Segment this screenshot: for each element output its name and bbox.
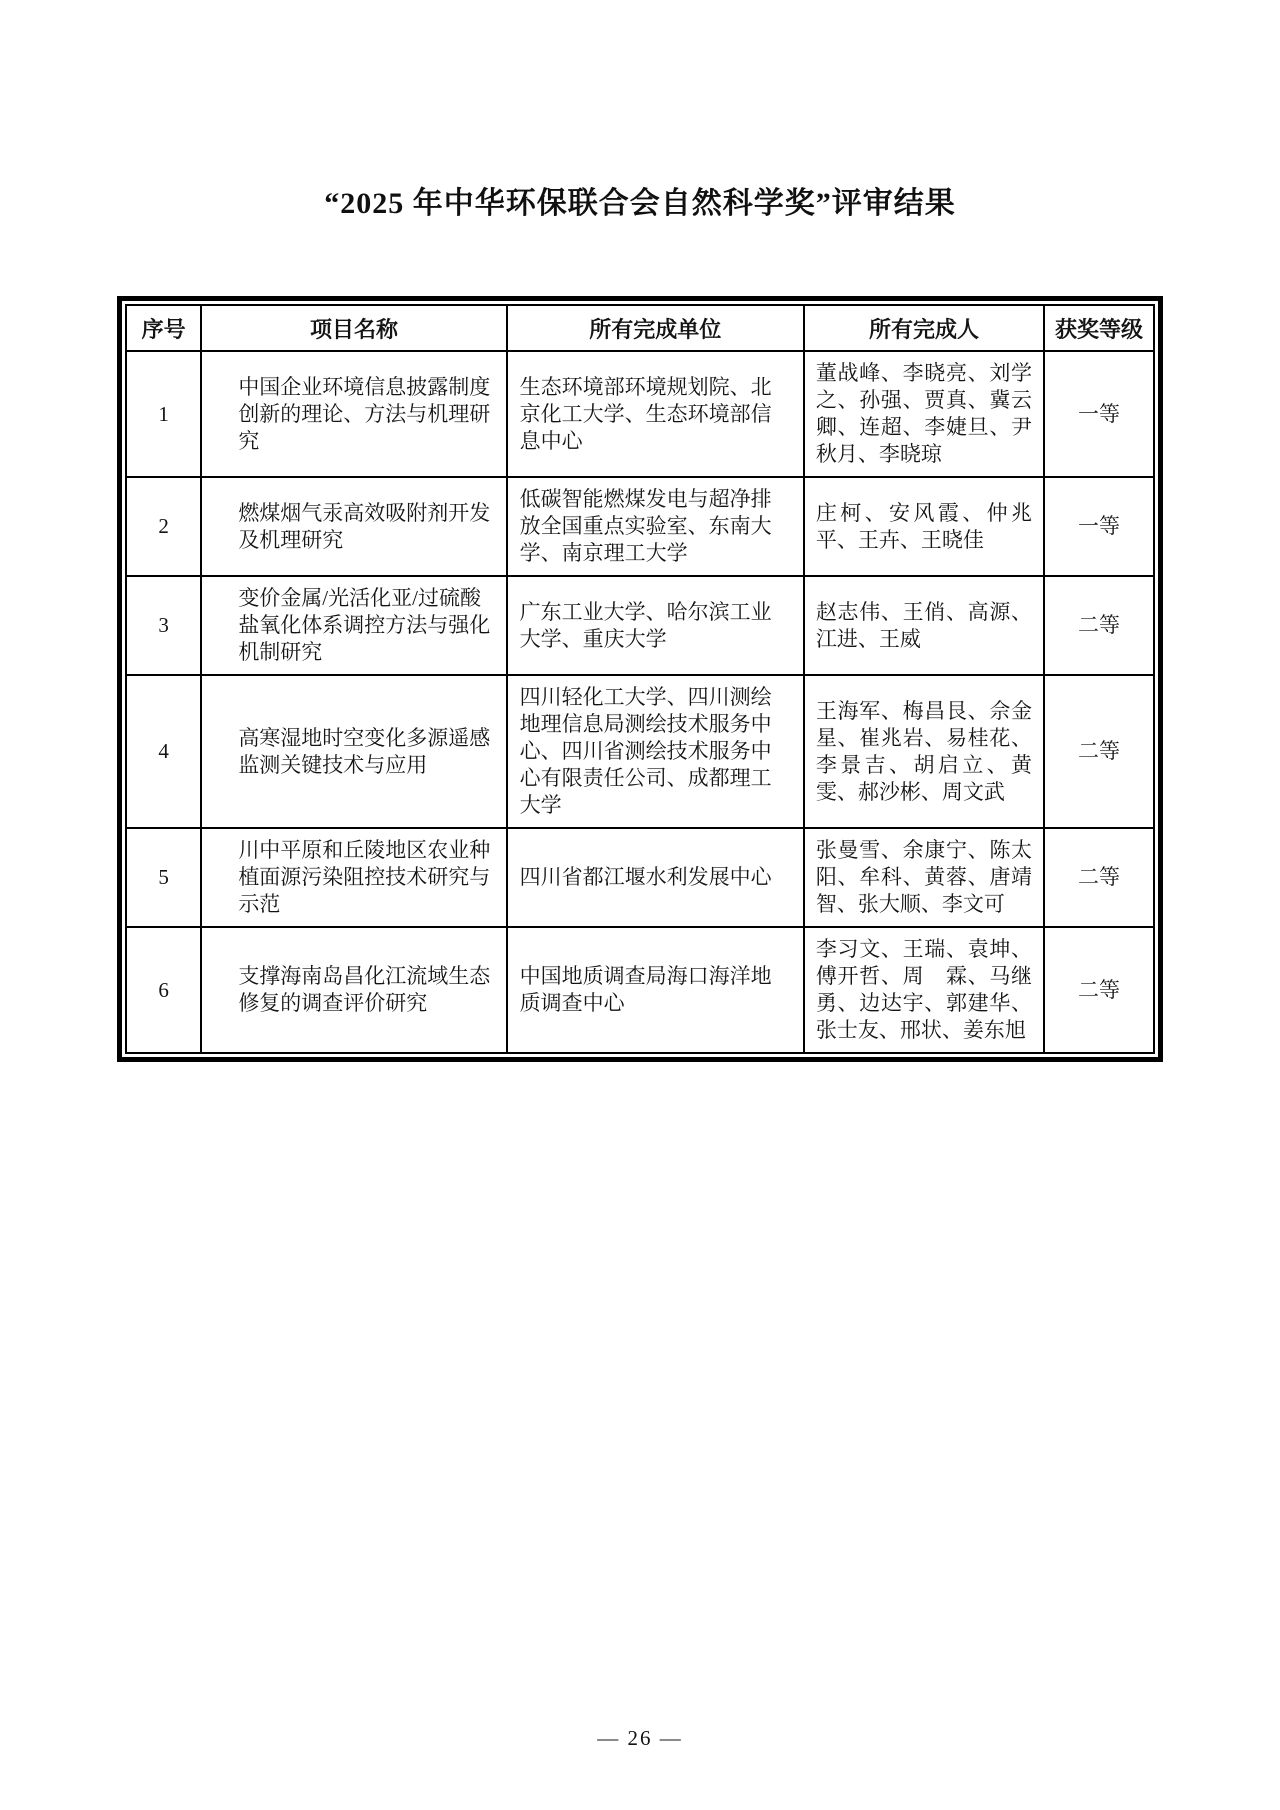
- table-row: 3 变价金属/光活化亚/过硫酸盐氧化体系调控方法与强化机制研究 广东工业大学、哈…: [126, 576, 1154, 675]
- table-row: 6 支撑海南岛昌化江流域生态修复的调查评价研究 中国地质调查局海口海洋地质调查中…: [126, 927, 1154, 1053]
- results-table-frame: 序号 项目名称 所有完成单位 所有完成人 获奖等级 1 中国企业环境信息披露制度…: [117, 296, 1163, 1062]
- cell-award: 二等: [1044, 576, 1154, 675]
- cell-project: 变价金属/光活化亚/过硫酸盐氧化体系调控方法与强化机制研究: [201, 576, 506, 675]
- cell-people: 张曼雪、余康宁、陈太阳、牟科、黄蓉、唐靖智、张大顺、李文可: [804, 828, 1044, 927]
- table-row: 1 中国企业环境信息披露制度创新的理论、方法与机理研究 生态环境部环境规划院、北…: [126, 351, 1154, 477]
- cell-units: 广东工业大学、哈尔滨工业大学、重庆大学: [507, 576, 804, 675]
- page-number: — 26 —: [0, 1726, 1280, 1751]
- document-page: “2025 年中华环保联合会自然科学奖”评审结果 序号 项目名称 所有完成单位 …: [0, 0, 1280, 1062]
- table-row: 5 川中平原和丘陵地区农业种植面源污染阻控技术研究与示范 四川省都江堰水利发展中…: [126, 828, 1154, 927]
- header-people: 所有完成人: [804, 305, 1044, 351]
- cell-seq-no: 6: [126, 927, 201, 1053]
- cell-seq-no: 3: [126, 576, 201, 675]
- table-row: 2 燃煤烟气汞高效吸附剂开发及机理研究 低碳智能燃煤发电与超净排放全国重点实验室…: [126, 477, 1154, 576]
- table-row: 4 高寒湿地时空变化多源遥感监测关键技术与应用 四川轻化工大学、四川测绘地理信息…: [126, 675, 1154, 828]
- cell-seq-no: 4: [126, 675, 201, 828]
- cell-seq-no: 5: [126, 828, 201, 927]
- cell-units: 生态环境部环境规划院、北京化工大学、生态环境部信息中心: [507, 351, 804, 477]
- cell-project: 燃煤烟气汞高效吸附剂开发及机理研究: [201, 477, 506, 576]
- cell-people: 王海军、梅昌艮、佘金星、崔兆岩、易桂花、李景吉、胡启立、黄雯、郝沙彬、周文武: [804, 675, 1044, 828]
- page-title: “2025 年中华环保联合会自然科学奖”评审结果: [0, 0, 1280, 222]
- cell-project: 川中平原和丘陵地区农业种植面源污染阻控技术研究与示范: [201, 828, 506, 927]
- cell-units: 中国地质调查局海口海洋地质调查中心: [507, 927, 804, 1053]
- cell-units: 四川省都江堰水利发展中心: [507, 828, 804, 927]
- cell-seq-no: 1: [126, 351, 201, 477]
- header-row: 序号 项目名称 所有完成单位 所有完成人 获奖等级: [126, 305, 1154, 351]
- header-seq-no: 序号: [126, 305, 201, 351]
- cell-award: 二等: [1044, 828, 1154, 927]
- cell-seq-no: 2: [126, 477, 201, 576]
- cell-project: 支撑海南岛昌化江流域生态修复的调查评价研究: [201, 927, 506, 1053]
- cell-award: 二等: [1044, 675, 1154, 828]
- cell-people: 赵志伟、王俏、高源、江进、王威: [804, 576, 1044, 675]
- cell-units: 四川轻化工大学、四川测绘地理信息局测绘技术服务中心、四川省测绘技术服务中心有限责…: [507, 675, 804, 828]
- header-units: 所有完成单位: [507, 305, 804, 351]
- header-project: 项目名称: [201, 305, 506, 351]
- cell-award: 一等: [1044, 351, 1154, 477]
- cell-award: 二等: [1044, 927, 1154, 1053]
- cell-units: 低碳智能燃煤发电与超净排放全国重点实验室、东南大学、南京理工大学: [507, 477, 804, 576]
- cell-award: 一等: [1044, 477, 1154, 576]
- cell-people: 庄柯、安风霞、仲兆平、王卉、王晓佳: [804, 477, 1044, 576]
- cell-people: 董战峰、李晓亮、刘学之、孙强、贾真、冀云卿、连超、李婕旦、尹秋月、李晓琼: [804, 351, 1044, 477]
- cell-project: 中国企业环境信息披露制度创新的理论、方法与机理研究: [201, 351, 506, 477]
- results-table: 序号 项目名称 所有完成单位 所有完成人 获奖等级 1 中国企业环境信息披露制度…: [125, 304, 1155, 1054]
- header-award: 获奖等级: [1044, 305, 1154, 351]
- cell-people: 李习文、王瑞、袁坤、傅开哲、周 霖、马继勇、边达宇、郭建华、张士友、邢状、姜东旭: [804, 927, 1044, 1053]
- cell-project: 高寒湿地时空变化多源遥感监测关键技术与应用: [201, 675, 506, 828]
